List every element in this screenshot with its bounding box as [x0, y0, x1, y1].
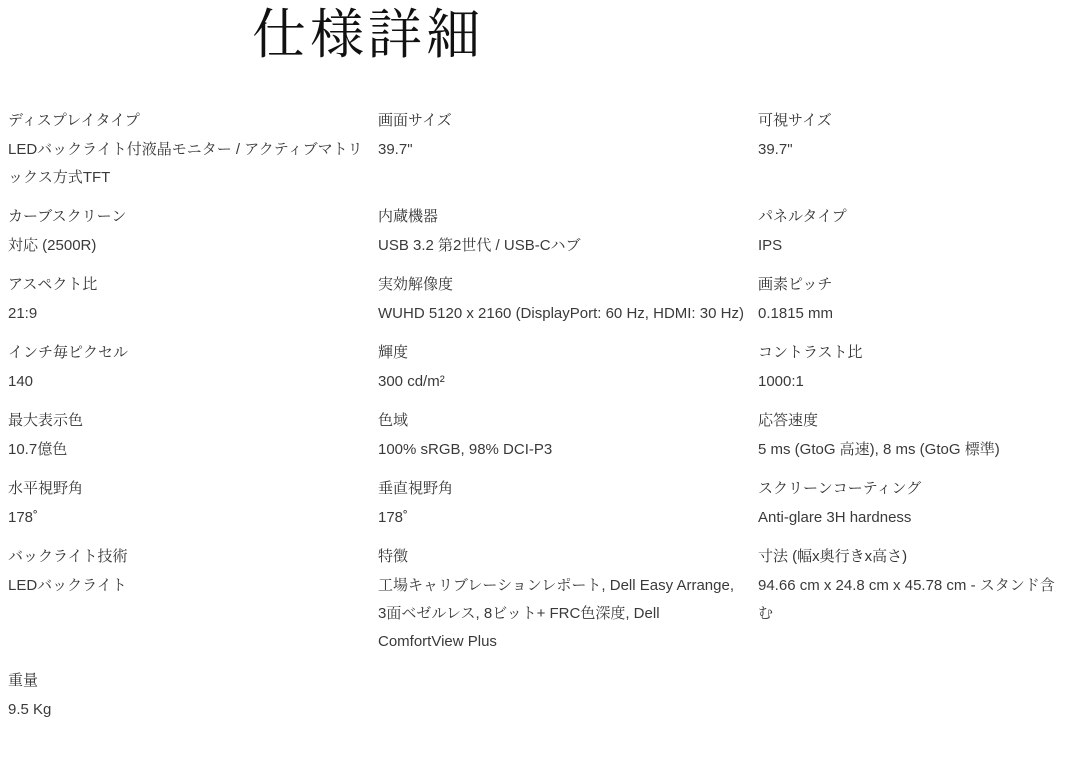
spec-item: 実効解像度 WUHD 5120 x 2160 (DisplayPort: 60 … [378, 270, 758, 328]
spec-item: 応答速度 5 ms (GtoG 高速), 8 ms (GtoG 標準) [758, 406, 1080, 464]
spec-value: 対応 (2500R) [8, 232, 366, 260]
spec-value: 100% sRGB, 98% DCI-P3 [378, 436, 746, 464]
spec-label: 水平視野角 [8, 474, 366, 504]
spec-value: LEDバックライト [8, 572, 366, 600]
spec-value: 39.7" [758, 136, 1068, 164]
spec-item: コントラスト比 1000:1 [758, 338, 1080, 396]
spec-label: 輝度 [378, 338, 746, 368]
spec-item: 寸法 (幅x奥行きx高さ) 94.66 cm x 24.8 cm x 45.78… [758, 542, 1080, 628]
spec-item: ディスプレイタイプ LEDバックライト付液晶モニター / アクティブマトリックス… [8, 106, 378, 192]
spec-value: 9.5 Kg [8, 696, 366, 724]
spec-value: 178˚ [378, 504, 746, 532]
spec-value: 39.7" [378, 136, 746, 164]
spec-value: 5 ms (GtoG 高速), 8 ms (GtoG 標準) [758, 436, 1068, 464]
spec-value: 0.1815 mm [758, 300, 1068, 328]
spec-label: 特徴 [378, 542, 746, 572]
spec-label: 応答速度 [758, 406, 1068, 436]
spec-label: アスペクト比 [8, 270, 366, 300]
spec-item: 画面サイズ 39.7" [378, 106, 758, 164]
spec-label: 最大表示色 [8, 406, 366, 436]
spec-label: 寸法 (幅x奥行きx高さ) [758, 542, 1068, 572]
spec-value: USB 3.2 第2世代 / USB-Cハブ [378, 232, 746, 260]
spec-item: 最大表示色 10.7億色 [8, 406, 378, 464]
spec-value: Anti-glare 3H hardness [758, 504, 1068, 532]
spec-item: カーブスクリーン 対応 (2500R) [8, 202, 378, 260]
spec-label: 内蔵機器 [378, 202, 746, 232]
spec-value: 1000:1 [758, 368, 1068, 396]
spec-label: コントラスト比 [758, 338, 1068, 368]
spec-value: IPS [758, 232, 1068, 260]
spec-value: 94.66 cm x 24.8 cm x 45.78 cm - スタンド含む [758, 572, 1068, 628]
page-title: 仕様詳細 [0, 0, 1080, 64]
spec-item: 重量 9.5 Kg [8, 666, 378, 724]
spec-item: バックライト技術 LEDバックライト [8, 542, 378, 600]
spec-item: 画素ピッチ 0.1815 mm [758, 270, 1080, 328]
spec-label: 画面サイズ [378, 106, 746, 136]
spec-item: アスペクト比 21:9 [8, 270, 378, 328]
spec-value: 178˚ [8, 504, 366, 532]
spec-value: LEDバックライト付液晶モニター / アクティブマトリックス方式TFT [8, 136, 366, 192]
spec-item: 可視サイズ 39.7" [758, 106, 1080, 164]
spec-label: カーブスクリーン [8, 202, 366, 232]
spec-label: インチ毎ピクセル [8, 338, 366, 368]
spec-label: バックライト技術 [8, 542, 366, 572]
spec-label: パネルタイプ [758, 202, 1068, 232]
spec-value: 300 cd/m² [378, 368, 746, 396]
spec-item: スクリーンコーティング Anti-glare 3H hardness [758, 474, 1080, 532]
specs-grid: ディスプレイタイプ LEDバックライト付液晶モニター / アクティブマトリックス… [0, 64, 1080, 724]
spec-label: 実効解像度 [378, 270, 746, 300]
spec-label: スクリーンコーティング [758, 474, 1068, 504]
spec-item: 輝度 300 cd/m² [378, 338, 758, 396]
spec-item: 水平視野角 178˚ [8, 474, 378, 532]
spec-label: ディスプレイタイプ [8, 106, 366, 136]
spec-value: 10.7億色 [8, 436, 366, 464]
spec-label: 画素ピッチ [758, 270, 1068, 300]
spec-item: 内蔵機器 USB 3.2 第2世代 / USB-Cハブ [378, 202, 758, 260]
spec-item: 特徴 工場キャリブレーションレポート, Dell Easy Arrange, 3… [378, 542, 758, 656]
spec-value: 21:9 [8, 300, 366, 328]
spec-item: パネルタイプ IPS [758, 202, 1080, 260]
spec-page: 仕様詳細 ディスプレイタイプ LEDバックライト付液晶モニター / アクティブマ… [0, 0, 1080, 780]
spec-label: 色域 [378, 406, 746, 436]
spec-label: 可視サイズ [758, 106, 1068, 136]
spec-value: 140 [8, 368, 366, 396]
spec-label: 垂直視野角 [378, 474, 746, 504]
spec-value: WUHD 5120 x 2160 (DisplayPort: 60 Hz, HD… [378, 300, 746, 328]
spec-item: インチ毎ピクセル 140 [8, 338, 378, 396]
spec-item: 垂直視野角 178˚ [378, 474, 758, 532]
spec-value: 工場キャリブレーションレポート, Dell Easy Arrange, 3面ベゼ… [378, 572, 746, 656]
spec-label: 重量 [8, 666, 366, 696]
spec-item: 色域 100% sRGB, 98% DCI-P3 [378, 406, 758, 464]
